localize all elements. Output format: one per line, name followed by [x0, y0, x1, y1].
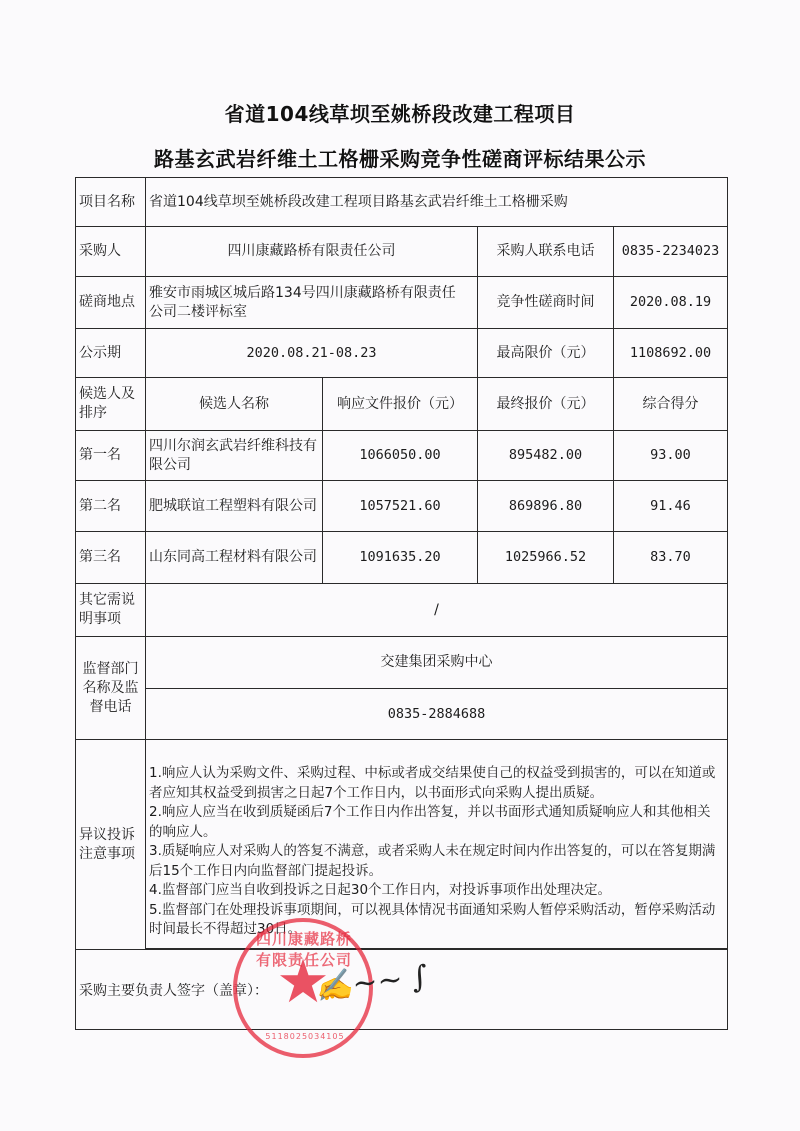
- label-negotiation-time: 竞争性磋商时间: [477, 276, 614, 329]
- candidate-final-price: 1025966.52: [477, 531, 614, 584]
- supervision-name-value: 交建集团采购中心: [145, 636, 728, 689]
- document-title-line2: 路基玄武岩纤维土工格栅采购竞争性磋商评标结果公示: [0, 143, 800, 172]
- location-value: 雅安市雨城区城后路134号四川康藏路桥有限责任公司二楼评标室: [145, 276, 478, 329]
- max-price-value: 1108692.00: [613, 328, 728, 378]
- other-matters-value: /: [145, 583, 728, 637]
- candidate-name: 山东同高工程材料有限公司: [145, 531, 323, 584]
- label-project-name: 项目名称: [75, 177, 146, 227]
- candidate-score: 91.46: [613, 480, 728, 532]
- header-response-price: 响应文件报价（元）: [322, 377, 478, 431]
- label-purchaser-phone: 采购人联系电话: [477, 226, 614, 277]
- signature-label: 采购主要负责人签字（盖章）：: [79, 980, 268, 1000]
- seal-code: 5118025034105: [257, 1032, 353, 1041]
- candidate-response-price: 1091635.20: [322, 531, 478, 584]
- document-title-line1: 省道104线草坝至姚桥段改建工程项目: [0, 98, 800, 127]
- label-max-price: 最高限价（元）: [477, 328, 614, 378]
- candidate-name: 四川尔润玄武岩纤维科技有限公司: [145, 430, 323, 481]
- project-name-value: 省道104线草坝至姚桥段改建工程项目路基玄武岩纤维土工格栅采购: [145, 177, 728, 227]
- publicity-period-value: 2020.08.21-08.23: [145, 328, 478, 378]
- label-candidates-ranking: 候选人及排序: [75, 377, 146, 431]
- candidate-rank: 第三名: [75, 531, 146, 584]
- label-supervision: 监督部门名称及监督电话: [75, 636, 146, 740]
- candidate-response-price: 1057521.60: [322, 480, 478, 532]
- purchaser-phone-value: 0835-2234023: [613, 226, 728, 277]
- objection-item: 1.响应人认为采购文件、采购过程、中标或者成交结果使自己的权益受到损害的，可以在…: [149, 764, 721, 803]
- objection-item: 4.监督部门应当自收到投诉之日起30个工作日内，对投诉事项作出处理决定。: [149, 881, 721, 901]
- header-final-price: 最终报价（元）: [477, 377, 614, 431]
- candidate-final-price: 895482.00: [477, 430, 614, 481]
- candidate-score: 93.00: [613, 430, 728, 481]
- candidate-final-price: 869896.80: [477, 480, 614, 532]
- supervision-phone-value: 0835-2884688: [145, 688, 728, 740]
- objection-notes: 1.响应人认为采购文件、采购过程、中标或者成交结果使自己的权益受到损害的，可以在…: [145, 739, 728, 949]
- objection-item: 5.监督部门在处理投诉事项期间，可以视具体情况书面通知采购人暂停采购活动，暂停采…: [149, 901, 721, 940]
- candidate-rank: 第一名: [75, 430, 146, 481]
- candidate-score: 83.70: [613, 531, 728, 584]
- label-objection-notes: 异议投诉注意事项: [75, 739, 146, 950]
- label-purchaser: 采购人: [75, 226, 146, 277]
- objection-item: 2.响应人应当在收到质疑函后7个工作日内作出答复，并以书面形式通知质疑响应人和其…: [149, 803, 721, 842]
- purchaser-value: 四川康藏路桥有限责任公司: [145, 226, 478, 277]
- header-candidate-name: 候选人名称: [145, 377, 323, 431]
- header-score: 综合得分: [613, 377, 728, 431]
- candidate-rank: 第二名: [75, 480, 146, 532]
- candidate-response-price: 1066050.00: [322, 430, 478, 481]
- candidate-name: 肥城联谊工程塑料有限公司: [145, 480, 323, 532]
- objection-item: 3.质疑响应人对采购人的答复不满意，或者采购人未在规定时间内作出答复的，可以在答…: [149, 842, 721, 881]
- label-publicity-period: 公示期: [75, 328, 146, 378]
- label-location: 磋商地点: [75, 276, 146, 329]
- negotiation-time-value: 2020.08.19: [613, 276, 728, 329]
- label-other-matters: 其它需说明事项: [75, 583, 146, 637]
